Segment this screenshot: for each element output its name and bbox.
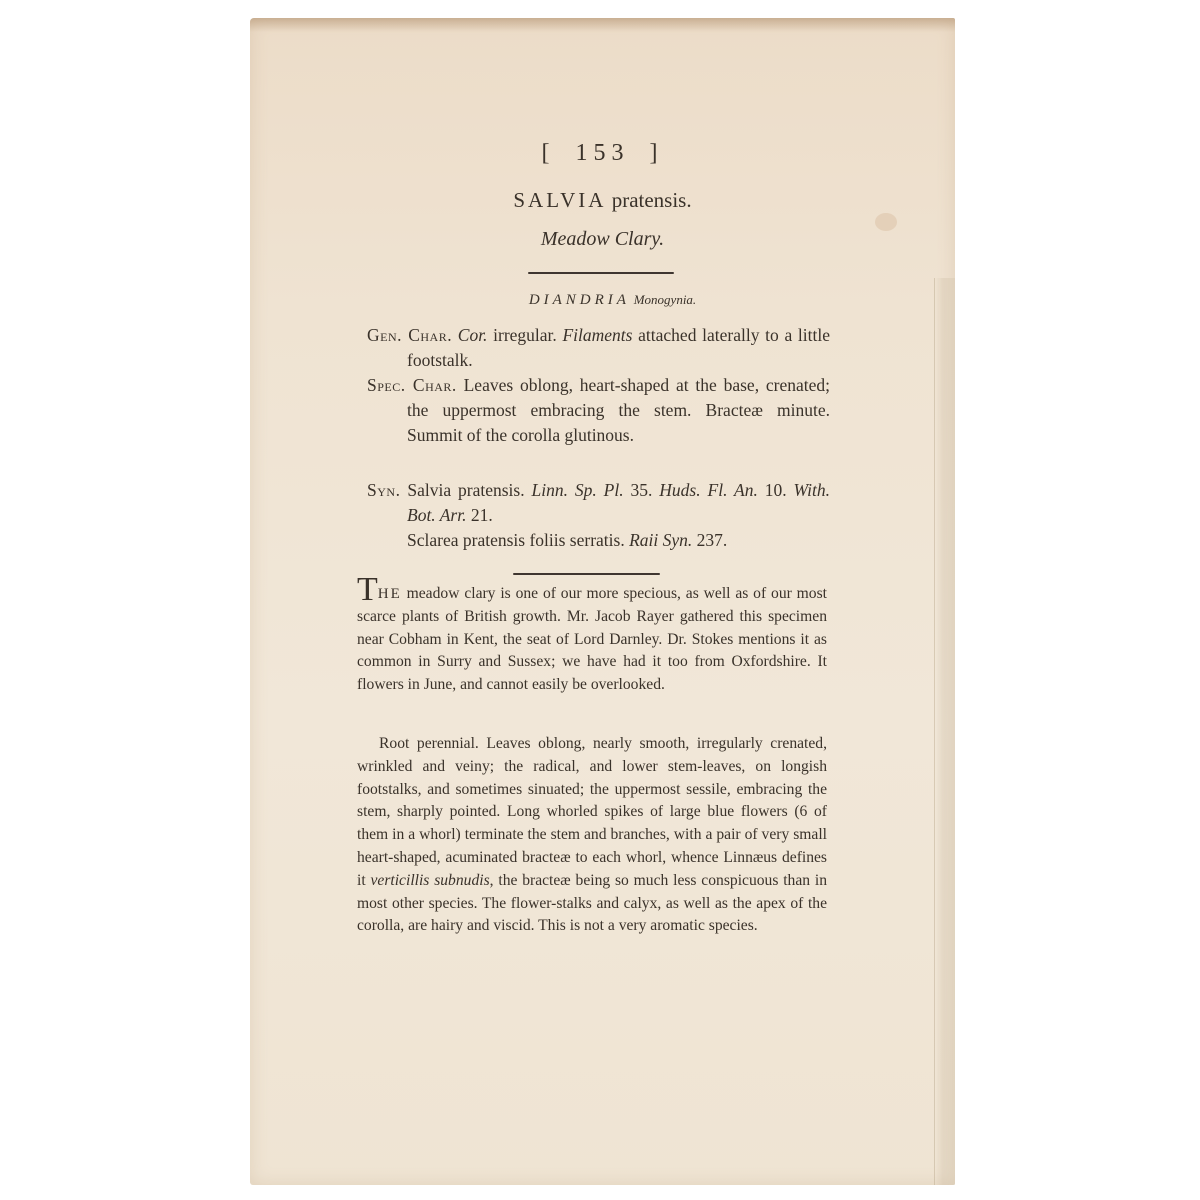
syn-num: 21.: [466, 505, 492, 525]
gen-char-italic: Filaments: [562, 325, 632, 345]
binding-strip: [934, 278, 955, 1185]
syn-ref: Huds. Fl. An.: [659, 480, 758, 500]
synonym-second: Sclarea pratensis foliis serratis. Raii …: [367, 528, 830, 553]
syn-ref: Raii Syn.: [629, 530, 692, 550]
syn-num: 237.: [692, 530, 727, 550]
syn-num: 35.: [624, 480, 660, 500]
small-caps: HE: [378, 586, 402, 602]
latin-phrase: verticillis subnudis: [370, 872, 489, 889]
synonyms: Syn. Salvia pratensis. Linn. Sp. Pl. 35.…: [367, 478, 830, 553]
drop-cap: T: [357, 571, 378, 608]
syn-text: Sclarea pratensis foliis serratis.: [407, 530, 629, 550]
syn-label: Syn.: [367, 480, 400, 500]
classification-line: DIANDRIA Monogynia.: [260, 292, 965, 309]
specific-character: Spec. Char. Leaves oblong, heart-shaped …: [367, 373, 830, 448]
spec-char-label: Spec. Char.: [367, 375, 457, 395]
generic-character: Gen. Char. Cor. irregular. Filaments att…: [367, 323, 830, 373]
species-name: pratensis.: [612, 188, 692, 212]
order-name: Monogynia.: [634, 292, 696, 307]
common-name: Meadow Clary.: [250, 228, 955, 251]
gen-char-label: Gen. Char.: [367, 325, 452, 345]
divider-rule: [513, 573, 660, 575]
gen-char-text: irregular.: [487, 325, 562, 345]
page-title: SALVIA pratensis.: [250, 188, 955, 213]
page-number: [ 153 ]: [250, 140, 955, 167]
divider-rule: [528, 272, 674, 274]
description-paragraph-1: THE meadow clary is one of our more spec…: [357, 580, 827, 697]
gen-char-italic: Cor.: [458, 325, 488, 345]
class-name: DIANDRIA: [529, 292, 630, 308]
syn-text: Salvia pratensis.: [400, 480, 531, 500]
genus-name: SALVIA: [513, 188, 606, 212]
paragraph-text: meadow clary is one of our more specious…: [357, 585, 827, 693]
description-paragraph-2: Root perennial. Leaves oblong, nearly sm…: [357, 733, 827, 938]
syn-num: 10.: [758, 480, 794, 500]
syn-ref: Linn. Sp. Pl.: [532, 480, 624, 500]
spec-char-text: Leaves oblong, heart-shaped at the base,…: [407, 375, 830, 445]
paragraph-text: Root perennial. Leaves oblong, nearly sm…: [357, 735, 827, 889]
